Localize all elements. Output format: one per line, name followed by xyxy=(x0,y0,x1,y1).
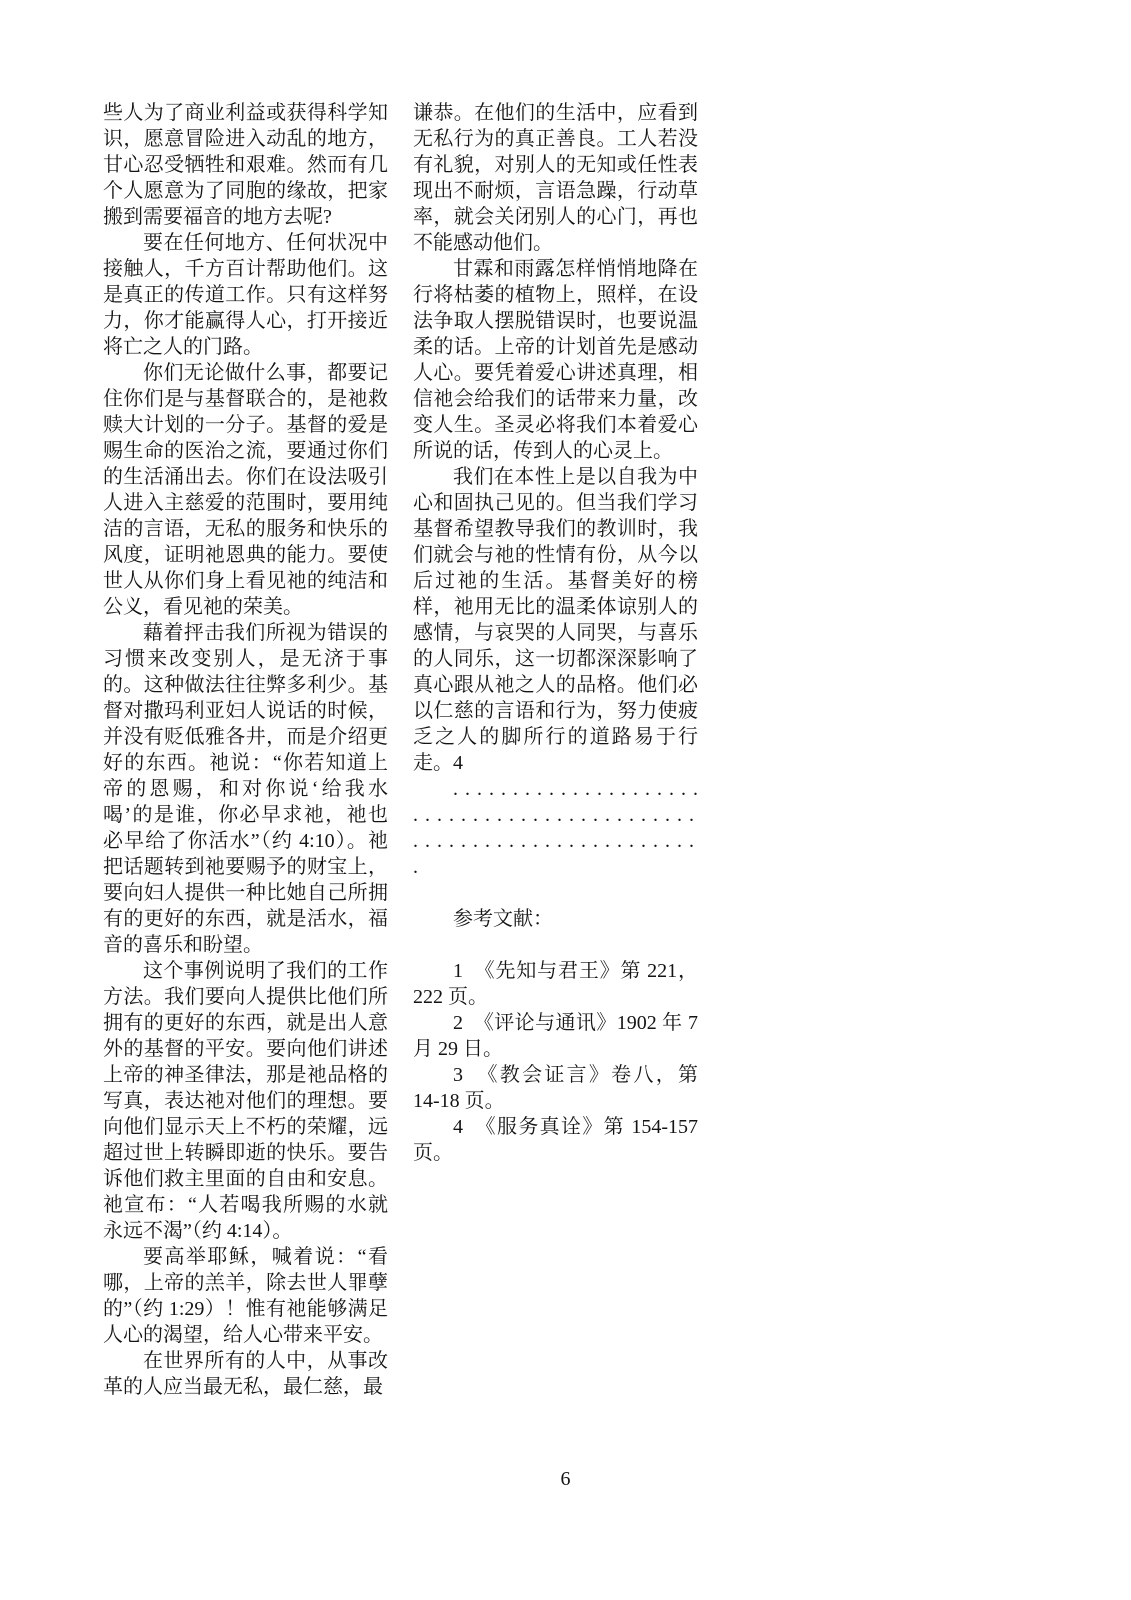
reference-item: 4 《服务真诠》第 154-157 页。 xyxy=(413,1114,698,1166)
paragraph: 要高举耶稣，喊着说：“看哪，上帝的羔羊，除去世人罪孽的”（约 1:29）！惟有祂… xyxy=(103,1244,388,1348)
paragraph: 些人为了商业利益或获得科学知识，愿意冒险进入动乱的地方，甘心忍受牺牲和艰难。然而… xyxy=(103,100,388,230)
reference-item: 1 《先知与君王》第 221，222 页。 xyxy=(413,958,698,1010)
paragraph: 要在任何地方、任何状况中接触人，千方百计帮助他们。这是真正的传道工作。只有这样努… xyxy=(103,230,388,360)
reference-item: 3 《教会证言》卷八，第 14-18 页。 xyxy=(413,1062,698,1114)
right-text-column: 谦恭。在他们的生活中，应看到无私行为的真正善良。工人若没有礼貌，对别人的无知或任… xyxy=(413,100,698,1166)
paragraph: 在世界所有的人中，从事改革的人应当最无私，最仁慈，最 xyxy=(103,1348,388,1400)
dotted-separator-line: . . . . . . . . . . . . . . . . . . . . … xyxy=(413,802,698,828)
paragraph: 你们无论做什么事，都要记住你们是与基督联合的，是祂救赎大计划的一分子。基督的爱是… xyxy=(103,360,388,620)
references-heading: 参考文献： xyxy=(413,906,698,932)
paragraph: 谦恭。在他们的生活中，应看到无私行为的真正善良。工人若没有礼貌，对别人的无知或任… xyxy=(413,100,698,256)
dotted-separator-line: . xyxy=(413,854,698,880)
document-page: 些人为了商业利益或获得科学知识，愿意冒险进入动乱的地方，甘心忍受牺牲和艰难。然而… xyxy=(0,0,1131,1600)
page-number: 6 xyxy=(0,1466,1131,1492)
reference-item: 2 《评论与通讯》1902 年 7 月 29 日。 xyxy=(413,1010,698,1062)
dotted-separator-line: . . . . . . . . . . . . . . . . . . . . … xyxy=(413,776,698,802)
paragraph: 我们在本性上是以自我为中心和固执己见的。但当我们学习基督希望教导我们的教训时，我… xyxy=(413,464,698,776)
dotted-separator-line: . . . . . . . . . . . . . . . . . . . . … xyxy=(413,828,698,854)
paragraph: 甘霖和雨露怎样悄悄地降在行将枯萎的植物上，照样，在设法争取人摆脱错误时，也要说温… xyxy=(413,256,698,464)
left-text-column: 些人为了商业利益或获得科学知识，愿意冒险进入动乱的地方，甘心忍受牺牲和艰难。然而… xyxy=(103,100,388,1400)
paragraph: 这个事例说明了我们的工作方法。我们要向人提供比他们所拥有的更好的东西，就是出人意… xyxy=(103,958,388,1244)
paragraph: 藉着抨击我们所视为错误的习惯来改变别人，是无济于事的。这种做法往往弊多利少。基督… xyxy=(103,620,388,958)
